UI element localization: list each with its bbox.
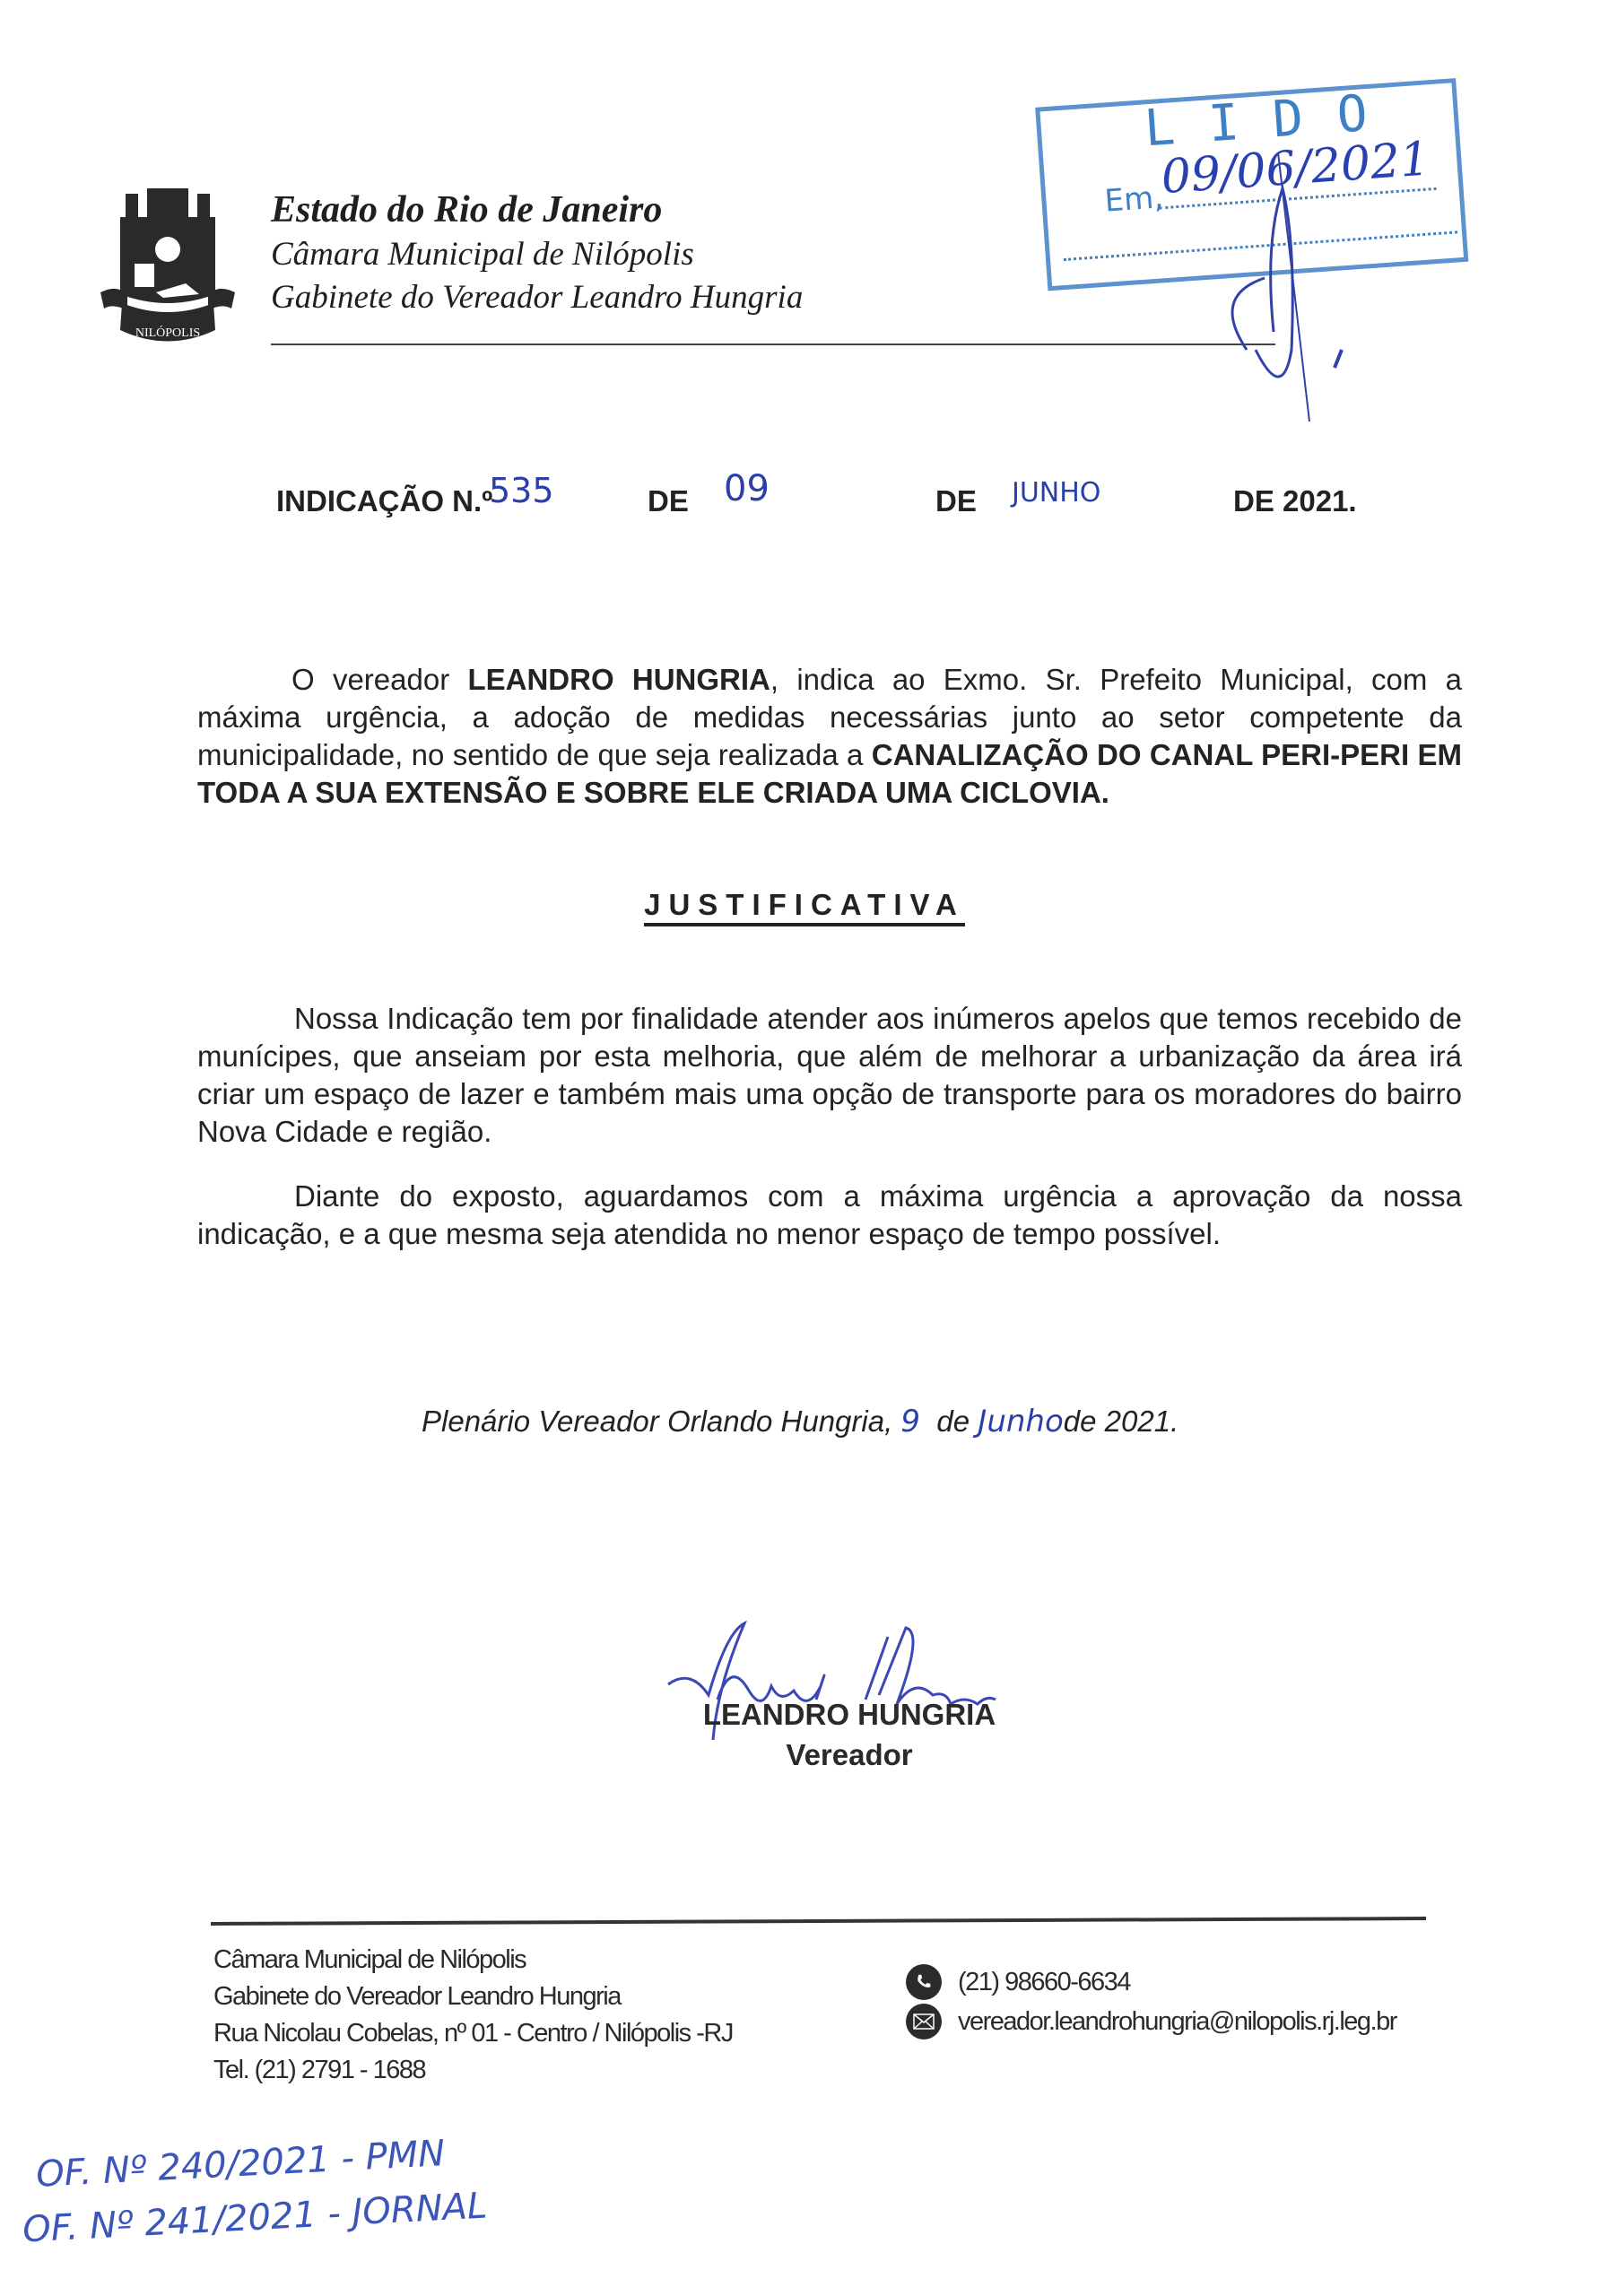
p1-intro: O vereador: [291, 663, 467, 696]
header-office: Gabinete do Vereador Leandro Hungria: [271, 278, 803, 317]
closing-de: de: [936, 1405, 970, 1438]
footer-chamber: Câmara Municipal de Nilópolis: [213, 1942, 733, 1979]
justification-paragraph: Nossa Indicação tem por finalidade atend…: [197, 1000, 1462, 1151]
municipal-crest-icon: NILÓPOLIS: [100, 187, 235, 348]
justification-heading: JUSTIFICATIVA: [0, 888, 1609, 922]
closing-month: Junho: [978, 1404, 1063, 1439]
footer-street: Rua Nicolau Cobelas, nº 01 - Centro / Ni…: [213, 2015, 733, 2052]
indicacao-month: JUNHO: [1012, 477, 1100, 509]
indicacao-number: 535: [489, 471, 554, 510]
footer-contacts: (21) 98660-6634 vereador.leandrohungria@…: [906, 1962, 1396, 2041]
mail-icon: [906, 2004, 942, 2039]
closing-place-date: Plenário Vereador Orlando Hungria, 9 de …: [422, 1404, 1178, 1439]
signatory-name: LEANDRO HUNGRIA: [0, 1698, 1609, 1732]
closing-year: de 2021.: [1064, 1405, 1178, 1438]
footer-divider: [211, 1917, 1426, 1926]
whatsapp-icon: [906, 1964, 942, 2000]
p1-councilor-name: LEANDRO HUNGRIA: [467, 663, 770, 696]
whatsapp-number: (21) 98660-6634: [958, 1968, 1130, 1997]
title-de: DE: [935, 484, 977, 518]
email-contact: vereador.leandrohungria@nilopolis.rj.leg…: [906, 2002, 1396, 2041]
whatsapp-contact: (21) 98660-6634: [906, 1962, 1396, 2002]
indicacao-label: INDICAÇÃO N.º: [276, 484, 492, 518]
stamp-em-label: Em,: [1103, 179, 1164, 219]
footer-office: Gabinete do Vereador Leandro Hungria: [213, 1979, 733, 2015]
footer-phone: Tel. (21) 2791 - 1688: [213, 2052, 733, 2089]
closing-day: 9: [900, 1404, 920, 1439]
indicacao-year: DE 2021.: [1233, 484, 1357, 518]
svg-text:NILÓPOLIS: NILÓPOLIS: [135, 325, 200, 340]
handwritten-note: OF. Nº 241/2021 - JORNAL: [22, 2185, 488, 2250]
indication-paragraph: O vereador LEANDRO HUNGRIA, indica ao Ex…: [197, 661, 1462, 812]
header-chamber: Câmara Municipal de Nilópolis: [271, 235, 694, 274]
closing-paragraph: Diante do exposto, aguardamos com a máxi…: [197, 1178, 1462, 1253]
title-de: DE: [648, 484, 689, 518]
signatory-role: Vereador: [0, 1738, 1609, 1772]
email-address: vereador.leandrohungria@nilopolis.rj.leg…: [958, 2007, 1396, 2037]
indicacao-day: 09: [724, 468, 770, 509]
footer-address: Câmara Municipal de Nilópolis Gabinete d…: [213, 1942, 733, 2089]
header-divider: [271, 344, 1275, 345]
justification-heading-text: JUSTIFICATIVA: [644, 888, 965, 926]
header-state: Estado do Rio de Janeiro: [271, 188, 662, 231]
handwritten-note: OF. Nº 240/2021 - PMN: [35, 2133, 446, 2196]
stamp-initials-icon: [1229, 135, 1390, 439]
closing-place: Plenário Vereador Orlando Hungria,: [422, 1405, 892, 1438]
